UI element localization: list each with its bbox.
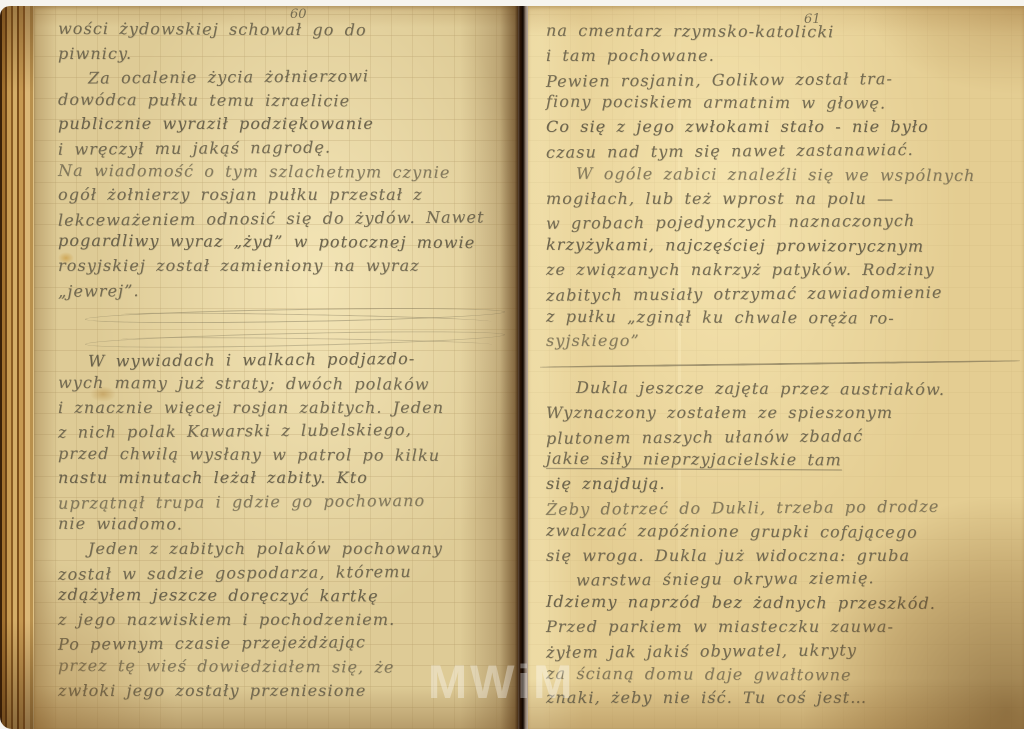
handwritten-text-right: na cmentarz rzymsko-katolickii tam pocho… — [546, 20, 1012, 710]
handwritten-line: krzyżykami, najczęściej prowizorycznym — [546, 233, 1012, 259]
handwritten-line: Żeby dotrzeć do Dukli, trzeba po drodze — [546, 494, 1012, 521]
handwritten-line: W wywiadach i walkach podjazdo- — [58, 347, 510, 374]
handwritten-line: na cmentarz rzymsko-katolicki — [546, 19, 1012, 45]
handwritten-line: ogół żołnierzy rosjan pułku przestał z — [58, 183, 510, 207]
handwritten-line: Na wiadomość o tym szlachetnym czynie — [58, 158, 510, 184]
handwritten-line: fiony pociskiem armatnim w głowę. — [546, 90, 1012, 116]
handwritten-line: plutonem naszych ułanów zbadać — [546, 423, 1012, 450]
handwritten-line: warstwa śniegu okrywa ziemię. — [546, 565, 1012, 592]
handwritten-line: i wręczył mu jakąś nagrodę. — [58, 134, 510, 161]
handwritten-line: lekceważeniem odnosić się do żydów. Nawe… — [58, 205, 510, 232]
handwritten-line: został w sadzie gospodarza, któremu — [58, 559, 510, 586]
handwritten-line: W ogóle zabici znaleźli się we wspólnych — [546, 162, 1012, 188]
handwritten-line: z nich polak Kawarski z lubelskiego, — [58, 417, 510, 444]
handwritten-line: nie wiadomo. — [58, 512, 510, 538]
handwritten-line: ze związanych nakrzyż patyków. Rodziny — [546, 258, 1012, 282]
handwritten-line: Pewien rosjanin, Golikow został tra- — [546, 66, 1012, 93]
handwritten-line: Przed parkiem w miasteczku zauwa- — [546, 615, 1012, 639]
handwritten-line: wych mamy już straty; dwóch polaków — [58, 371, 510, 397]
handwritten-line: dowódca pułku temu izraelicie — [58, 88, 510, 114]
handwritten-line: piwnicy. — [58, 42, 510, 66]
handwritten-line: i znacznie więcej rosjan zabitych. Jeden — [58, 396, 510, 420]
handwritten-line: Wyznaczony zostałem ze spieszonym — [546, 401, 1012, 425]
handwritten-line: jakie siły nieprzyjacielskie tam — [546, 447, 1012, 473]
handwritten-line: przez tę wieś dowiedziałem się, że — [58, 654, 510, 680]
crossed-out-scribble — [58, 300, 510, 326]
handwritten-line: mogiłach, lub też wprost na polu — — [546, 187, 1012, 211]
handwritten-line: zwalczać zapóźnione grupki cofającego — [546, 519, 1012, 545]
handwritten-line: Za ocalenie życia żołnierzowi — [58, 63, 510, 90]
handwritten-line: zwłoki jego zostały przeniesione — [58, 679, 510, 703]
handwritten-line: i tam pochowane. — [546, 44, 1012, 68]
handwritten-line: Idziemy naprzód bez żadnych przeszkód. — [546, 590, 1012, 616]
diary-page-left: 60 wości żydowskiej schował go dopiwnicy… — [34, 6, 518, 729]
handwritten-line: Po pewnym czasie przejeżdżając — [58, 630, 510, 657]
handwritten-line: Jeden z zabitych polaków pochowany — [58, 537, 510, 561]
handwritten-line: czasu nad tym się nawet zastanawiać. — [546, 137, 1012, 164]
handwritten-line: żyłem jak jakiś obywatel, ukryty — [546, 637, 1012, 664]
page-edge-stack — [0, 6, 36, 729]
handwritten-line: znaki, żeby nie iść. Tu coś jest… — [546, 686, 1012, 710]
diary-page-right: 61 na cmentarz rzymsko-katolickii tam po… — [528, 6, 1024, 729]
handwritten-line: publicznie wyraził podziękowanie — [58, 112, 510, 136]
handwritten-line: Co się z jego zwłokami stało - nie było — [546, 115, 1012, 139]
handwritten-rule — [546, 351, 1012, 378]
handwritten-line: się znajdują. — [546, 472, 1012, 496]
handwritten-line: zdążyłem jeszcze doręczyć kartkę — [58, 583, 510, 609]
handwritten-line: Dukla jeszcze zajęta przez austriaków. — [546, 376, 1012, 402]
open-diary-book: 60 wości żydowskiej schował go dopiwnicy… — [0, 6, 1024, 729]
handwritten-line: z jego nazwiskiem i pochodzeniem. — [58, 608, 510, 632]
handwritten-line: „jewrej”. — [58, 276, 510, 303]
handwritten-line: z pułku „zginął ku chwale oręża ro- — [546, 304, 1012, 330]
handwritten-line: pogardliwy wyraz „żyd” w potocznej mowie — [58, 229, 510, 255]
handwritten-line: w grobach pojedynczych naznaczonych — [546, 209, 1012, 236]
handwritten-line: syjskiego” — [546, 329, 1012, 353]
handwritten-line: za ścianą domu daje gwałtowne — [546, 661, 1012, 687]
crossed-out-scribble — [58, 325, 510, 349]
handwritten-line: rosyjskiej został zamieniony na wyraz — [58, 254, 510, 278]
diary-scan: 60 wości żydowskiej schował go dopiwnicy… — [0, 0, 1024, 729]
handwritten-line: się wroga. Dukla już widoczna: gruba — [546, 544, 1012, 568]
handwritten-line: zabitych musiały otrzymać zawiadomienie — [546, 280, 1012, 307]
handwritten-line: nastu minutach leżał zabity. Kto — [58, 466, 510, 490]
handwritten-text-left: wości żydowskiej schował go dopiwnicy.Za… — [58, 18, 510, 702]
handwritten-line: wości żydowskiej schował go do — [58, 17, 510, 43]
handwritten-line: przed chwilą wysłany w patrol po kilku — [58, 442, 510, 468]
